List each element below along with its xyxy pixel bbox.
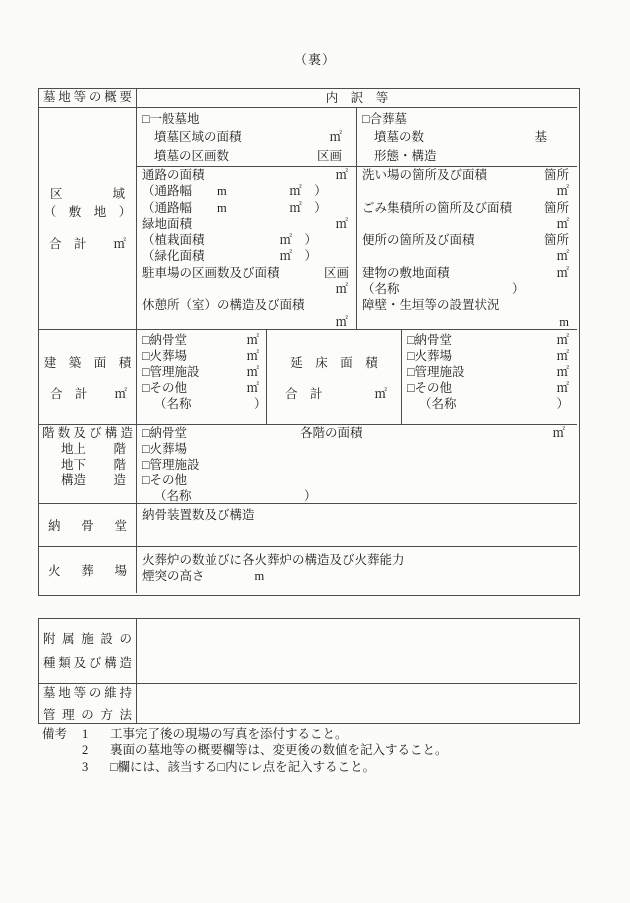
crematory-detail-cell: 火葬炉の数並びに各火葬炉の構造及び火葬能力 煙突の高さ m — [136, 546, 577, 593]
base-unit: 基 — [534, 128, 547, 146]
ossuary-label: 納骨堂 — [39, 516, 136, 534]
fence-hedge-line: 障壁・生垣等の設置状況 — [357, 297, 577, 313]
crematory-checkbox-line: □火葬場㎡ — [402, 348, 577, 364]
communal-grave-checkbox-line: □合葬墓 — [357, 110, 577, 128]
crematory-label-cell: 火葬場 — [39, 546, 136, 593]
parking-area-unit-line: ㎡ — [137, 281, 356, 297]
parking-line: 駐車場の区画数及び面積区画 — [137, 265, 356, 281]
passage-width-line-1: （通路幅 m ㎡ ） — [137, 183, 356, 199]
maintenance-method-label-1: 墓地等の維持 — [39, 683, 136, 704]
site-total-unit: ㎡ — [113, 235, 126, 253]
toilet-line: 便所の箇所及び面積箇所 — [357, 232, 577, 248]
floors-structure-detail-cell: □納骨堂各階の面積㎡ □火葬場 □管理施設 □その他 （名称 ） — [136, 424, 577, 503]
site-total-label: 合 計 — [49, 235, 87, 253]
floor-area-label: 延 床 面 積 — [267, 353, 401, 371]
crematory-furnace-line: 火葬炉の数並びに各火葬炉の構造及び火葬能力 — [137, 552, 577, 568]
garbage-site-line: ごみ集積所の箇所及び面積箇所 — [357, 200, 577, 216]
ossuary-label-cell: 納骨堂 — [39, 503, 136, 546]
attached-facilities-label-cell: 附属施設の 種類及び構造 — [39, 619, 136, 683]
green-area-line: 緑地面積㎡ — [137, 216, 356, 232]
ossuary-checkbox-line: □納骨堂㎡ — [137, 332, 266, 348]
crematory-checkbox-line: □火葬場㎡ — [137, 348, 266, 364]
building-area-total-line: 合 計㎡ — [39, 384, 136, 402]
name-line: （名称 ） — [137, 396, 266, 412]
crematory-label: 火葬場 — [39, 561, 136, 579]
name-line: （名称 ） — [402, 396, 577, 412]
maintenance-method-label-cell: 墓地等の維持 管理の方法 — [39, 683, 136, 723]
crematory-checkbox-line: □火葬場 — [137, 442, 577, 458]
building-area-label: 建 築 面 積 — [39, 353, 136, 371]
floors-structure-label-cell: 階数及び構造 地上階 地下階 構造造 — [39, 424, 136, 503]
remarks-label: 備考 — [42, 726, 82, 742]
ossuary-detail-cell: 納骨装置数及び構造 — [136, 503, 577, 546]
communal-grave-cell: □合葬墓 墳墓の数基 形態・構造 — [356, 107, 577, 166]
greening-area-line: （緑化面積 ㎡ ） — [137, 248, 356, 264]
remark-line-2: 2 裏面の墓地等の概要欄等は、変更後の数値を記入すること。 — [38, 742, 578, 758]
header-cell-breakdown: 内 訳 等 — [136, 89, 577, 107]
site-area-label-1: 区 — [50, 185, 63, 203]
management-facility-checkbox-line: □管理施設㎡ — [137, 364, 266, 380]
sqm-unit: ㎡ — [329, 128, 342, 146]
page-title: （裏） — [0, 49, 630, 68]
ossuary-checkbox-line: □納骨堂㎡ — [402, 332, 577, 348]
passage-width-line-2: （通路幅 m ㎡ ） — [137, 200, 356, 216]
structure-line: 構造造 — [39, 473, 136, 489]
ossuary-floor-area-line: □納骨堂各階の面積㎡ — [137, 426, 577, 442]
floor-area-items-cell: □納骨堂㎡ □火葬場㎡ □管理施設㎡ □その他㎡ （名称 ） — [401, 329, 577, 424]
floor-area-total-line: 合 計㎡ — [267, 384, 401, 402]
facility-details-cell: 洗い場の箇所及び面積箇所 ㎡ ごみ集積所の箇所及び面積箇所 ㎡ 便所の箇所及び面… — [356, 166, 577, 329]
communal-grave-checkbox: □合葬墓 — [362, 110, 407, 128]
grave-zone-area-line: 墳墓区域の面積㎡ — [137, 128, 356, 146]
washing-place-line: 洗い場の箇所及び面積箇所 — [357, 167, 577, 183]
rest-area-unit-line: ㎡ — [137, 314, 356, 329]
other-checkbox-line: □その他 — [137, 473, 577, 489]
site-area-label-cell: 区 域 （ 敷 地 ） 合 計 ㎡ — [39, 107, 136, 329]
management-facility-checkbox-line: □管理施設 — [137, 458, 577, 474]
maintenance-method-label-2: 管理の方法 — [39, 704, 136, 724]
remarks-block: 備考 1 工事完了後の現場の写真を添付すること。 2 裏面の墓地等の概要欄等は、… — [38, 726, 578, 775]
toilet-unit-line: ㎡ — [357, 248, 577, 264]
attached-facilities-label-1: 附属施設の — [39, 627, 136, 651]
management-facility-checkbox-line: □管理施設㎡ — [402, 364, 577, 380]
passage-area-line: 通路の面積㎡ — [137, 167, 356, 183]
grave-plot-count-line: 墳墓の区画数区画 — [137, 147, 356, 165]
form-structure-line: 形態・構造 — [357, 147, 577, 165]
each-floor-area-label: 各階の面積 — [300, 426, 363, 442]
other-checkbox-line: □その他㎡ — [137, 380, 266, 396]
fence-hedge-unit-line: m — [357, 314, 577, 329]
chimney-height-line: 煙突の高さ m — [137, 568, 577, 584]
building-area-items-cell: □納骨堂㎡ □火葬場㎡ □管理施設㎡ □その他㎡ （名称 ） — [136, 329, 266, 424]
plot-unit: 区画 — [317, 147, 342, 165]
grave-count-line: 墳墓の数基 — [357, 128, 577, 146]
attached-facilities-label-2: 種類及び構造 — [39, 651, 136, 675]
auxiliary-table: 附属施設の 種類及び構造 墓地等の維持 管理の方法 — [38, 618, 580, 724]
washing-place-unit-line: ㎡ — [357, 183, 577, 199]
above-ground-line: 地上階 — [39, 442, 136, 458]
site-area-label-2: 域 — [112, 185, 125, 203]
general-cemetery-checkbox: □一般墓地 — [142, 110, 200, 128]
planting-area-line: （植栽面積 ㎡ ） — [137, 232, 356, 248]
form-page: （裏） 墓地等の概要 内 訳 等 区 域 （ 敷 地 ） 合 計 ㎡ □一般墓地… — [0, 0, 630, 903]
maintenance-method-value-cell — [136, 683, 577, 723]
below-ground-line: 地下階 — [39, 458, 136, 474]
rest-area-line: 休憩所（室）の構造及び面積 — [137, 297, 356, 313]
site-area-label-3: （ 敷 地 ） — [39, 203, 136, 221]
attached-facilities-value-cell — [136, 619, 577, 683]
meter-unit: m — [559, 314, 569, 329]
cemetery-overview-table: 墓地等の概要 内 訳 等 区 域 （ 敷 地 ） 合 計 ㎡ □一般墓地 墳墓区… — [38, 88, 580, 596]
building-area-label-cell: 建 築 面 積 合 計㎡ — [39, 329, 136, 424]
building-name-line: （名称 ） — [357, 281, 577, 297]
ossuary-checkbox: □納骨堂 — [142, 426, 300, 442]
building-site-area-line: 建物の敷地面積㎡ — [357, 265, 577, 281]
floor-area-label-cell: 延 床 面 積 合 計㎡ — [266, 329, 401, 424]
ossuary-device-line: 納骨装置数及び構造 — [137, 504, 577, 523]
header-cell-overview: 墓地等の概要 — [39, 89, 136, 107]
other-checkbox-line: □その他㎡ — [402, 380, 577, 396]
remark-line-1: 備考 1 工事完了後の現場の写真を添付すること。 — [38, 726, 578, 742]
general-cemetery-checkbox-line: □一般墓地 — [137, 110, 356, 128]
floors-structure-title: 階数及び構造 — [39, 426, 136, 442]
garbage-site-unit-line: ㎡ — [357, 216, 577, 232]
general-cemetery-cell: □一般墓地 墳墓区域の面積㎡ 墳墓の区画数区画 — [136, 107, 356, 166]
name-line: （名称 ） — [137, 489, 577, 503]
remark-line-3: 3 □欄には、該当する□内にレ点を記入すること。 — [38, 759, 578, 775]
site-details-cell: 通路の面積㎡ （通路幅 m ㎡ ） （通路幅 m ㎡ ） 緑地面積㎡ （植栽面積… — [136, 166, 356, 329]
